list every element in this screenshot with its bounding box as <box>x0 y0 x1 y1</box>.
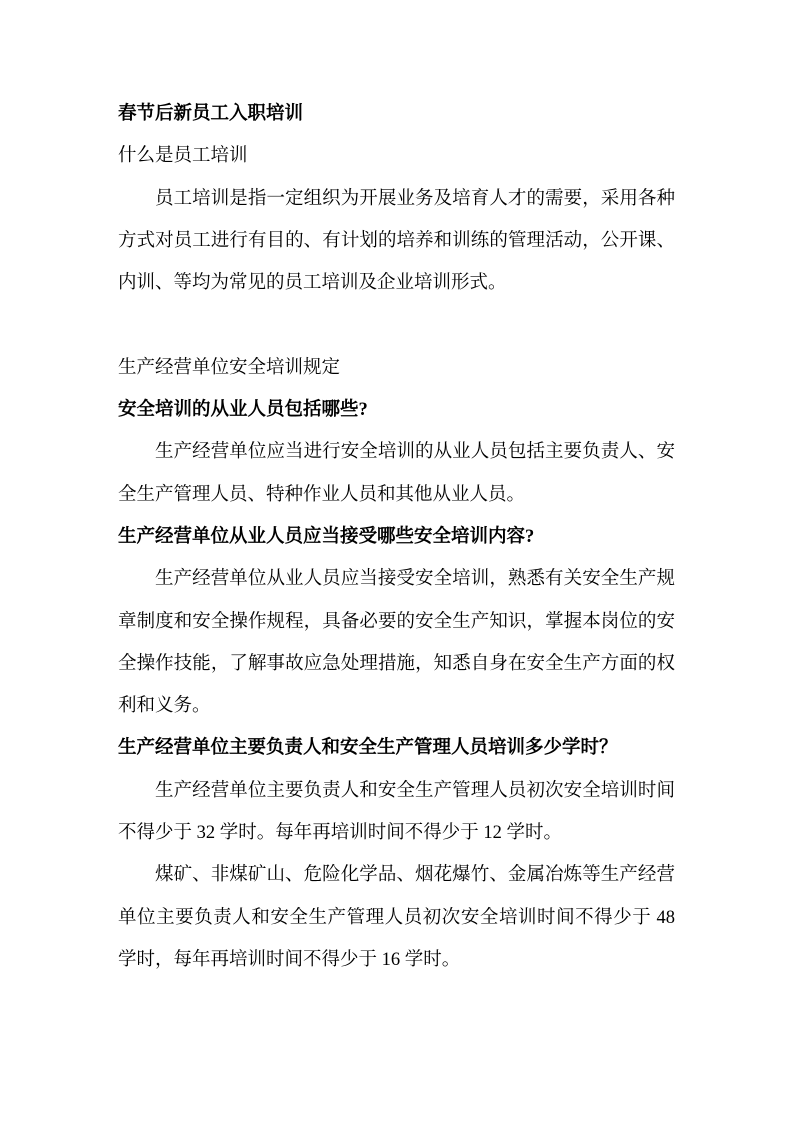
document-page: 春节后新员工入职培训 什么是员工培训 员工培训是指一定组织为开展业务及培育人才的… <box>0 0 793 1122</box>
answer-training-content: 生产经营单位从业人员应当接受安全培训，熟悉有关安全生产规章制度和安全操作规程，具… <box>118 558 675 727</box>
answer-personnel-scope: 生产经营单位应当进行安全培训的从业人员包括主要负责人、安全生产管理人员、特种作业… <box>118 431 675 516</box>
answer-training-hours-high-risk: 煤矿、非煤矿山、危险化学品、烟花爆竹、金属冶炼等生产经营单位主要负责人和安全生产… <box>118 854 675 981</box>
blank-line <box>118 304 675 346</box>
intro-body-paragraph: 员工培训是指一定组织为开展业务及培育人才的需要，采用各种方式对员工进行有目的、有… <box>118 178 675 305</box>
question-heading-training-hours: 生产经营单位主要负责人和安全生产管理人员培训多少学时？ <box>118 727 675 769</box>
doc-title: 春节后新员工入职培训 <box>118 93 675 135</box>
question-heading-personnel-scope: 安全培训的从业人员包括哪些? <box>118 389 675 431</box>
regulation-section-heading: 生产经营单位安全培训规定 <box>118 347 675 389</box>
answer-training-hours-general: 生产经营单位主要负责人和安全生产管理人员初次安全培训时间不得少于 32 学时。每… <box>118 770 675 855</box>
question-heading-training-content: 生产经营单位从业人员应当接受哪些安全培训内容? <box>118 516 675 558</box>
intro-heading: 什么是员工培训 <box>118 135 675 177</box>
